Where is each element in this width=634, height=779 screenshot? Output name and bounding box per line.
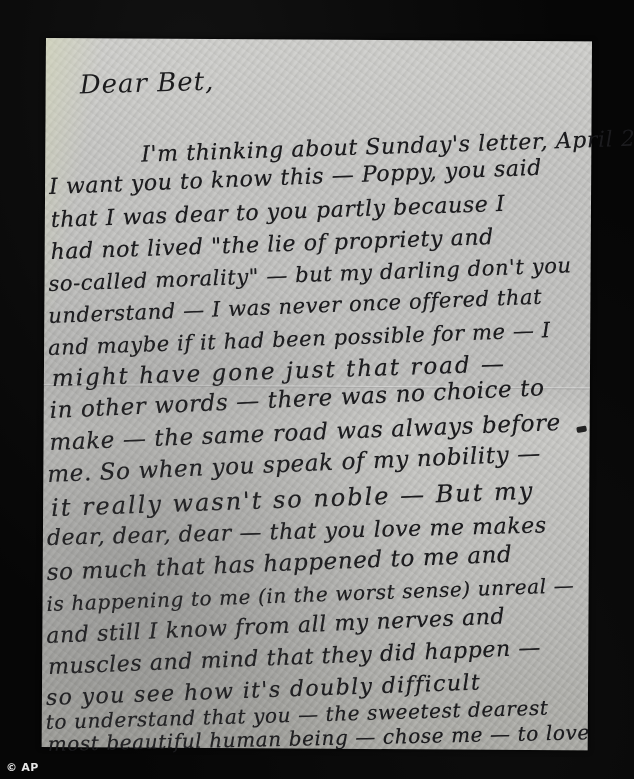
letter-paper: Dear Bet, I'm thinking about Sunday's le…	[42, 38, 592, 750]
photo-credit: © AP	[6, 761, 39, 774]
letter-body: I'm thinking about Sunday's letter, Apri…	[42, 38, 592, 750]
